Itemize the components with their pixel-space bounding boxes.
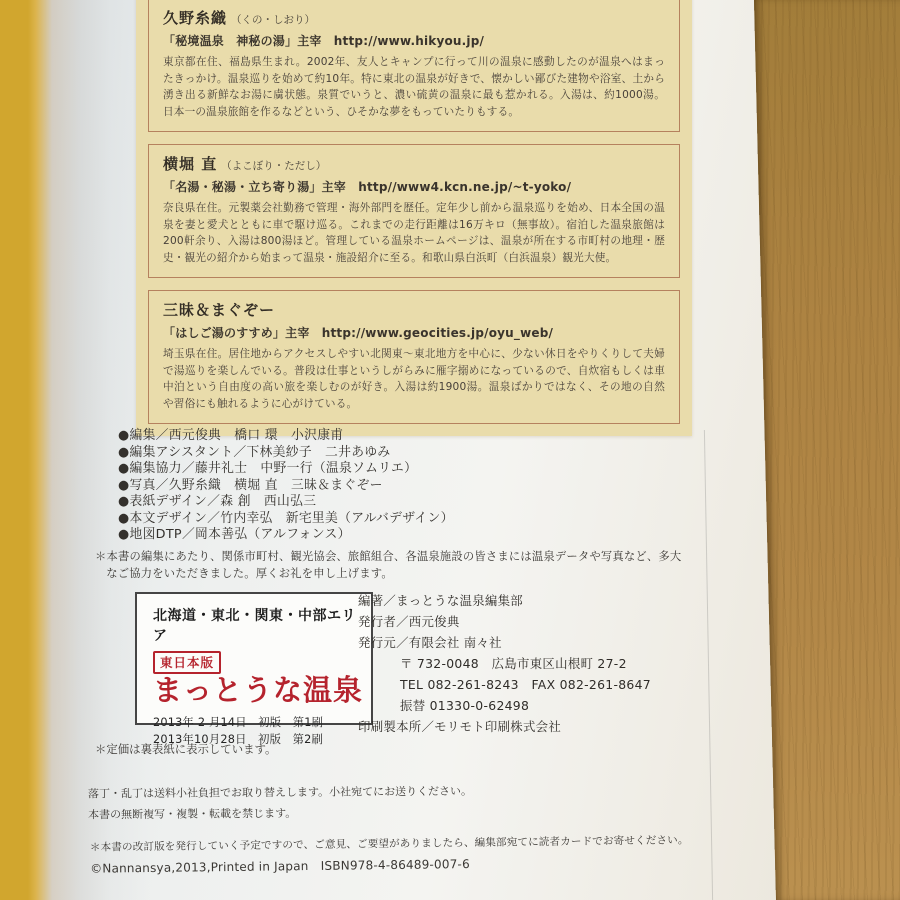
- staff-credits-list: ●編集／西元俊典 橋口 環 小沢康甫 ●編集アシスタント／下林美紗子 二井あゆみ…: [118, 428, 454, 544]
- acknowledgement-note: ＊本書の編集にあたり、関係市町村、観光協会、旅館組合、各温泉施設の皆さまには温泉…: [95, 549, 684, 583]
- copyright-isbn-line: ©Nannansya,2013,Printed in Japan ISBN978…: [90, 852, 696, 876]
- handling-notes: 落丁・乱丁は送料小社負担でお取り替えします。小社宛てにお送りください。 本書の無…: [88, 781, 472, 827]
- under-page-edge-line: [704, 430, 713, 900]
- publisher-line-address: 〒 732-0048 広島市東区山根町 27-2: [358, 653, 651, 674]
- credits-line-photography: ●写真／久野糸織 横堀 直 三昧＆まぐぞー: [118, 478, 454, 495]
- credits-line-editing-assistant: ●編集アシスタント／下林美紗子 二井あゆみ: [118, 445, 454, 462]
- author-name: 久野糸織: [163, 7, 227, 28]
- author-bio-heading: 久野糸織 （くの・しおり）: [163, 7, 665, 28]
- authors-panel: 久野糸織 （くの・しおり） 「秘境温泉 神秘の湯」主宰 http://www.h…: [136, 0, 692, 436]
- author-bio-text: 東京都在住、福島県生まれ。2002年、友人とキャンプに行って川の温泉に感動したの…: [163, 54, 665, 121]
- revision-feedback-note: ＊本書の改訂版を発行していく予定ですので、ご意見、ご要望がありましたら、編集部宛…: [90, 832, 696, 854]
- book-title: まっとうな温泉: [153, 675, 363, 707]
- publisher-info: 編著／まっとうな温泉編集部 発行者／西元俊典 発行元／有限会社 南々社 〒 73…: [358, 590, 651, 737]
- author-name: 三昧＆まぐぞー: [163, 299, 275, 320]
- credits-line-editing: ●編集／西元俊典 橋口 環 小沢康甫: [118, 428, 454, 445]
- author-site-line: 「はしご湯のすすめ」主宰 http://www.geocities.jp/oyu…: [163, 324, 665, 341]
- price-note: ＊定価は裏表紙に表示しています。: [95, 741, 276, 757]
- author-bio-heading: 横堀 直 （よこぼり・ただし）: [163, 153, 665, 174]
- colophon-title-box: 北海道・東北・関東・中部エリア 東日本版 まっとうな温泉 2013年 2 月14…: [135, 592, 373, 725]
- author-bio-card: 三昧＆まぐぞー 「はしご湯のすすめ」主宰 http://www.geocitie…: [148, 290, 680, 424]
- handling-note-copy-prohibition: 本書の無断複写・複製・転載を禁じます。: [88, 802, 472, 826]
- author-bio-card: 久野糸織 （くの・しおり） 「秘境温泉 神秘の湯」主宰 http://www.h…: [148, 0, 680, 132]
- publisher-line-tel-fax: TEL 082-261-8243 FAX 082-261-8647: [358, 674, 651, 695]
- author-name-reading: （よこぼり・ただし）: [221, 158, 326, 173]
- edition-area-line: 北海道・東北・関東・中部エリア: [153, 605, 363, 645]
- bottom-notes: ＊本書の改訂版を発行していく予定ですので、ご意見、ご要望がありましたら、編集部宛…: [90, 832, 696, 876]
- credits-line-text-design: ●本文デザイン／竹内幸弘 新宅里美（アルバデザイン）: [118, 511, 454, 528]
- book-colophon-page-photo: 久野糸織 （くの・しおり） 「秘境温泉 神秘の湯」主宰 http://www.h…: [0, 0, 900, 900]
- publisher-line-editor: 編著／まっとうな温泉編集部: [358, 590, 651, 611]
- author-site-line: 「秘境温泉 神秘の湯」主宰 http://www.hikyou.jp/: [163, 32, 665, 49]
- handling-note-returns: 落丁・乱丁は送料小社負担でお取り替えします。小社宛てにお送りください。: [88, 781, 472, 805]
- author-bio-card: 横堀 直 （よこぼり・ただし） 「名湯・秘湯・立ち寄り湯」主宰 http//ww…: [148, 144, 680, 278]
- publisher-line-postal-transfer: 振替 01330-0-62498: [358, 695, 651, 716]
- credits-line-editing-cooperation: ●編集協力／藤井礼士 中野一行（温泉ソムリエ）: [118, 461, 454, 478]
- author-bio-text: 奈良県在住。元製薬会社勤務で管理・海外部門を歴任。定年少し前から温泉巡りを始め、…: [163, 200, 665, 267]
- publisher-line-publisher: 発行元／有限会社 南々社: [358, 632, 651, 653]
- wood-table-background: [754, 0, 900, 900]
- author-bio-heading: 三昧＆まぐぞー: [163, 299, 665, 320]
- publisher-line-issuer: 発行者／西元俊典: [358, 611, 651, 632]
- publisher-line-printer: 印刷製本所／モリモト印刷株式会社: [358, 716, 651, 737]
- credits-line-map-dtp: ●地図DTP／岡本善弘（アルフォンス）: [118, 527, 454, 544]
- author-site-line: 「名湯・秘湯・立ち寄り湯」主宰 http//www4.kcn.ne.jp/~t-…: [163, 178, 665, 195]
- author-bio-text: 埼玉県在住。居住地からアクセスしやすい北関東〜東北地方を中心に、少ない休日をやり…: [163, 346, 665, 413]
- edition-badge: 東日本版: [153, 651, 221, 674]
- credits-line-cover-design: ●表紙デザイン／森 創 西山弘三: [118, 494, 454, 511]
- author-name: 横堀 直: [163, 153, 217, 174]
- printing-line-first: 2013年 2 月14日 初版 第1刷: [153, 714, 363, 732]
- author-name-reading: （くの・しおり）: [231, 12, 315, 27]
